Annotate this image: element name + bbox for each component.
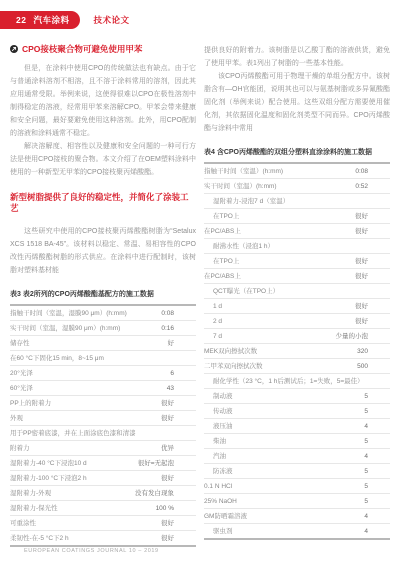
row-label: 60°光泽 [10, 385, 167, 393]
table-row: MEK双向擦拭次数 320 [204, 344, 390, 359]
row-label: QCT曝光（在TPO上） [204, 288, 368, 296]
row-label: 外观 [10, 415, 161, 423]
row-label: GM防晒霜溶液 [204, 513, 364, 521]
table-row: 指触干时间（室温，湿膜90 μm）(h:mm) 0:08 [10, 306, 196, 321]
right-column: 提供良好的附着力。该树脂是以乙酸丁酯的溶液供货，避免了使用甲苯。表1列出了树脂的… [204, 44, 390, 540]
row-label: 防冻液 [204, 468, 364, 476]
row-label: 附着力 [10, 445, 161, 453]
row-value: 5 [364, 483, 390, 491]
table-row: 驱虫剂 4 [204, 524, 390, 538]
table-row: 湿附着力-100 °C下浸泡2 h 很好 [10, 471, 196, 486]
row-label: PP上的附着力 [10, 400, 161, 408]
row-label: 液压油 [204, 423, 364, 431]
table-row: 实干时间（室温）(h:mm) 0:52 [204, 179, 390, 194]
journal-footer: EUROPEAN COATINGS JOURNAL 10 – 2019 [24, 548, 159, 554]
row-value: 6 [170, 370, 196, 378]
table-row: 防冻液 5 [204, 464, 390, 479]
section-label: 汽车涂料 [33, 14, 69, 26]
table-row: 湿附着力-保光性 100 % [10, 501, 196, 516]
row-label: 湿附着力-外观 [10, 490, 135, 498]
body-paragraph: 解决溶解度、相容性以及健康和安全问题的一种可行方法是使用CPO接枝的聚合物。本文… [10, 140, 196, 179]
row-label: 可重涂性 [10, 520, 161, 528]
table-row: 用于PP密着底漆，并在上面涂底色漆和清漆 [10, 426, 196, 441]
row-value: 好 [168, 340, 197, 348]
table-row: 传动液 5 [204, 404, 390, 419]
article-heading-1: CPO接枝聚合物可避免使用甲苯 [10, 44, 196, 54]
row-label: 湿附着力-浸泡7 d（室温） [204, 198, 368, 206]
table-row: 1 d 很好 [204, 299, 390, 314]
row-label: 用于PP密着底漆，并在上面涂底色漆和清漆 [10, 430, 174, 438]
row-value: 4 [364, 423, 390, 431]
table-row: 可重涂性 很好 [10, 516, 196, 531]
article-bullet-icon [10, 45, 18, 53]
row-label: 湿附着力-100 °C下浸泡2 h [10, 475, 161, 483]
row-value: 很好 [161, 415, 196, 423]
table-row: 在PC/ABS上 很好 [204, 269, 390, 284]
article-type-tag: 技术论文 [93, 14, 129, 26]
table-row: 储存性 好 [10, 336, 196, 351]
table-row: 20°光泽 6 [10, 366, 196, 381]
row-label: 在PC/ABS上 [204, 273, 355, 281]
row-value: 0:52 [355, 183, 390, 191]
row-label: 20°光泽 [10, 370, 170, 378]
row-label: MEK双向擦拭次数 [204, 348, 357, 356]
row-value: 很好=无起泡 [138, 460, 196, 468]
table-row: 7 d 少量的小泡 [204, 329, 390, 344]
row-label: 在TPO上 [204, 258, 355, 266]
row-value: 5 [364, 468, 390, 476]
row-label: 耐化学性（23 °C，1 h后测试后；1=失败，5=最佳） [204, 378, 368, 386]
table-row: 指触干时间（室温）(h:mm) 0:08 [204, 164, 390, 179]
row-value: 5 [364, 408, 390, 416]
table-row: 0.1 N HCl 5 [204, 479, 390, 494]
table-row: 在60 °C下固化15 min，8~15 μm [10, 351, 196, 366]
table4-title: 表4 含CPO丙烯酸酯的双组分塑料直涂涂料的施工数据 [204, 148, 390, 157]
row-label: 湿附着力-40 °C下浸泡10 d [10, 460, 138, 468]
row-value: 4 [364, 453, 390, 461]
row-label: 指触干时间（室温，湿膜90 μm）(h:mm) [10, 310, 161, 318]
table-row: 实干时间（室温，湿膜90 μm）(h:mm) 0:16 [10, 321, 196, 336]
row-value: 5 [364, 498, 390, 506]
row-label: 实干时间（室温）(h:mm) [204, 183, 355, 191]
table-row: GM防晒霜溶液 4 [204, 509, 390, 524]
row-label: 储存性 [10, 340, 168, 348]
table-row: 在TPO上 很好 [204, 209, 390, 224]
row-value: 很好 [161, 400, 196, 408]
row-value: 5 [364, 438, 390, 446]
table-row: 汽油 4 [204, 449, 390, 464]
row-label: 湿附着力-保光性 [10, 505, 156, 513]
row-label: 7 d [204, 333, 336, 341]
row-value: 很好 [355, 303, 390, 311]
table3: 指触干时间（室温，湿膜90 μm）(h:mm) 0:08 实干时间（室温，湿膜9… [10, 304, 196, 547]
section-badge: 22 汽车涂料 [0, 11, 80, 29]
table-row: 制动液 5 [204, 389, 390, 404]
row-value: 很好 [355, 213, 390, 221]
row-label: 柴油 [204, 438, 364, 446]
row-value: 很好 [355, 228, 390, 236]
row-label: 实干时间（室温，湿膜90 μm）(h:mm) [10, 325, 161, 333]
row-value: 0:08 [355, 168, 390, 176]
table-row: 二甲苯双向擦拭次数 500 [204, 359, 390, 374]
row-value: 很好 [161, 475, 196, 483]
row-label: 制动液 [204, 393, 364, 401]
table-row: 在PC/ABS上 很好 [204, 224, 390, 239]
left-column: CPO接枝聚合物可避免使用甲苯 但是，在涂料中使用CPO的传统做法也有缺点。由于… [10, 44, 196, 547]
row-label: 二甲苯双向擦拭次数 [204, 363, 357, 371]
row-label: 0.1 N HCl [204, 483, 364, 491]
article-heading-1-text: CPO接枝聚合物可避免使用甲苯 [22, 44, 142, 54]
row-value: 100 % [156, 505, 196, 513]
table-row: 外观 很好 [10, 411, 196, 426]
table-row: 2 d 很好 [204, 314, 390, 329]
row-label: 2 d [204, 318, 355, 326]
table3-title: 表3 表2所列的CPO丙烯酸酯基配方的施工数据 [10, 290, 196, 299]
body-paragraph: 这些研究中使用的CPO接枝聚丙烯酸酯树脂为“Setalux XCS 1518 B… [10, 225, 196, 277]
row-label: 25% NaOH [204, 498, 364, 506]
table-row: 25% NaOH 5 [204, 494, 390, 509]
row-value: 很好 [355, 273, 390, 281]
row-label: 传动液 [204, 408, 364, 416]
table-row: 湿附着力-外观 没有发白现象 [10, 486, 196, 501]
row-value: 很好 [161, 535, 196, 543]
body-paragraph: 该CPO丙烯酸酯可用于物理干燥的单组分配方中。该树脂含有—OH官能团，说明其也可… [204, 70, 390, 135]
row-value: 4 [364, 528, 390, 536]
row-value: 4 [364, 513, 390, 521]
table-row: QCT曝光（在TPO上） [204, 284, 390, 299]
row-value: 500 [357, 363, 390, 371]
table-row: 柴油 5 [204, 434, 390, 449]
body-paragraph: 提供良好的附着力。该树脂是以乙酸丁酯的溶液供货，避免了使用甲苯。表1列出了树脂的… [204, 44, 390, 70]
row-label: 柔韧性-在-5 °C下2 h [10, 535, 161, 543]
table-row: 耐沸水性（浸泡1 h） [204, 239, 390, 254]
row-label: 在TPO上 [204, 213, 355, 221]
table-row: 耐化学性（23 °C，1 h后测试后；1=失败，5=最佳） [204, 374, 390, 389]
row-label: 耐沸水性（浸泡1 h） [204, 243, 368, 251]
row-label: 汽油 [204, 453, 364, 461]
row-value: 0:16 [161, 325, 196, 333]
row-value: 0:08 [161, 310, 196, 318]
row-label: 指触干时间（室温）(h:mm) [204, 168, 355, 176]
table-row: PP上的附着力 很好 [10, 396, 196, 411]
row-value: 优异 [161, 445, 196, 453]
row-label: 在60 °C下固化15 min，8~15 μm [10, 355, 174, 363]
page-number: 22 [16, 15, 26, 25]
row-label: 驱虫剂 [204, 528, 364, 536]
table-row: 湿附着力-40 °C下浸泡10 d 很好=无起泡 [10, 456, 196, 471]
article-heading-2: 新型树脂提供了良好的稳定性，并简化了涂装工艺 [10, 192, 196, 214]
row-value: 没有发白现象 [135, 490, 196, 498]
row-value: 少量的小泡 [336, 333, 391, 341]
table4: 指触干时间（室温）(h:mm) 0:08 实干时间（室温）(h:mm) 0:52… [204, 162, 390, 540]
table-row: 湿附着力-浸泡7 d（室温） [204, 194, 390, 209]
page-header: 22 汽车涂料 技术论文 [0, 11, 130, 29]
table-row: 液压油 4 [204, 419, 390, 434]
row-value: 5 [364, 393, 390, 401]
table-row: 在TPO上 很好 [204, 254, 390, 269]
row-value: 很好 [161, 520, 196, 528]
row-value: 43 [167, 385, 196, 393]
table-row: 附着力 优异 [10, 441, 196, 456]
row-label: 在PC/ABS上 [204, 228, 355, 236]
table-row: 60°光泽 43 [10, 381, 196, 396]
row-value: 320 [357, 348, 390, 356]
row-label: 1 d [204, 303, 355, 311]
table-row: 柔韧性-在-5 °C下2 h 很好 [10, 531, 196, 545]
row-value: 很好 [355, 318, 390, 326]
body-paragraph: 但是，在涂料中使用CPO的传统做法也有缺点。由于它与普通涂料溶剂不相溶，且不溶于… [10, 62, 196, 140]
row-value: 很好 [355, 258, 390, 266]
